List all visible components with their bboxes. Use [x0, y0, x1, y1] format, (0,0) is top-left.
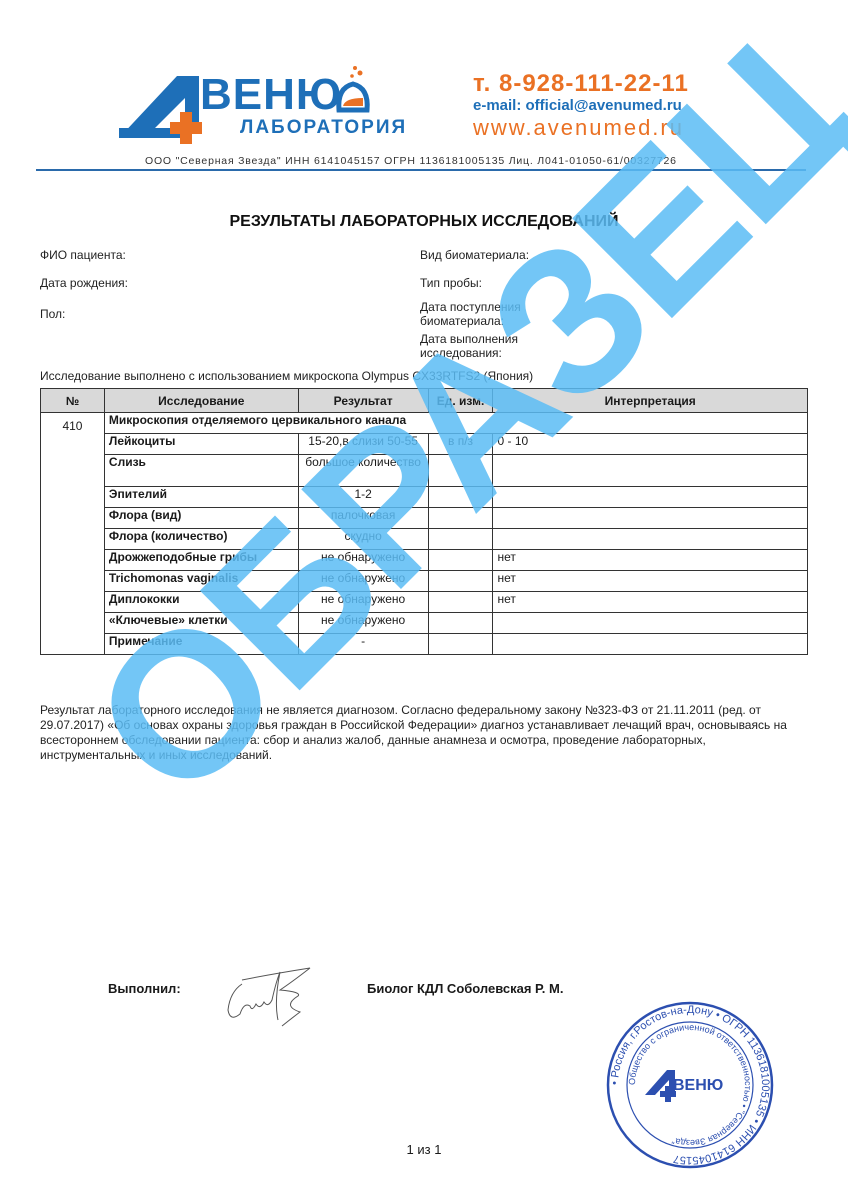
header-divider [36, 169, 806, 171]
test-interpretation [493, 487, 808, 508]
disclaimer: Результат лабораторного исследования не … [40, 703, 810, 763]
flask-icon [327, 64, 377, 114]
table-row: «Ключевые» клеткине обнаружено [41, 613, 808, 634]
col-unit: Ед. изм. [428, 389, 493, 413]
test-name: Диплококки [104, 592, 298, 613]
test-result: не обнаружено [298, 592, 428, 613]
field-received-date: Дата поступления биоматериала: [420, 300, 540, 328]
field-sample-type: Тип пробы: [420, 276, 482, 290]
table-row: Эпителий1-2 [41, 487, 808, 508]
field-biomaterial: Вид биоматериала: [420, 248, 529, 262]
field-patient-name: ФИО пациента: [40, 248, 126, 262]
test-result: не обнаружено [298, 571, 428, 592]
logo-subtitle: ЛАБОРАТОРИЯ [240, 117, 407, 139]
test-result: - [298, 634, 428, 655]
test-unit [428, 592, 493, 613]
table-row: Дрожжеподобные грибыне обнаруженонет [41, 550, 808, 571]
test-result: 1-2 [298, 487, 428, 508]
test-unit [428, 508, 493, 529]
section-title: Микроскопия отделяемого цервикального ка… [104, 413, 807, 434]
test-name: Дрожжеподобные грибы [104, 550, 298, 571]
test-result: палочковая [298, 508, 428, 529]
col-number: № [41, 389, 105, 413]
test-interpretation: 0 - 10 [493, 434, 808, 455]
table-header-row: № Исследование Результат Ед. изм. Интерп… [41, 389, 808, 413]
field-completed-date: Дата выполнения исследования: [420, 332, 540, 360]
test-interpretation: нет [493, 571, 808, 592]
test-name: Флора (вид) [104, 508, 298, 529]
test-interpretation [493, 508, 808, 529]
test-name: Флора (количество) [104, 529, 298, 550]
signer-name: Биолог КДЛ Соболевская Р. М. [367, 981, 563, 996]
test-unit [428, 550, 493, 571]
field-sex: Пол: [40, 307, 65, 321]
contact-phone[interactable]: т. 8-928-111-22-11 [473, 70, 689, 98]
table-row: Примечание- [41, 634, 808, 655]
col-interpretation: Интерпретация [493, 389, 808, 413]
test-unit [428, 529, 493, 550]
test-name: Слизь [104, 455, 298, 487]
field-birth-date: Дата рождения: [40, 276, 128, 290]
test-interpretation: нет [493, 550, 808, 571]
performed-by-label: Выполнил: [108, 981, 181, 996]
test-interpretation: нет [493, 592, 808, 613]
test-interpretation [493, 455, 808, 487]
table-row: Флора (вид)палочковая [41, 508, 808, 529]
test-unit [428, 613, 493, 634]
contact-website[interactable]: www.avenumed.ru [473, 115, 684, 141]
test-result: 15-20,в слизи 50-55 [298, 434, 428, 455]
test-interpretation [493, 613, 808, 634]
table-row: Диплококкине обнаруженонет [41, 592, 808, 613]
test-unit [428, 634, 493, 655]
results-table: № Исследование Результат Ед. изм. Интерп… [40, 388, 808, 655]
document-title: РЕЗУЛЬТАТЫ ЛАБОРАТОРНЫХ ИССЛЕДОВАНИЙ [0, 213, 848, 231]
test-number: 410 [41, 413, 105, 655]
table-row: Trichomonas vaginalisне обнаруженонет [41, 571, 808, 592]
test-result: большое количество [298, 455, 428, 487]
test-name: «Ключевые» клетки [104, 613, 298, 634]
col-test: Исследование [104, 389, 298, 413]
col-result: Результат [298, 389, 428, 413]
test-name: Лейкоциты [104, 434, 298, 455]
test-result: не обнаружено [298, 550, 428, 571]
test-result: не обнаружено [298, 613, 428, 634]
svg-text:ВЕНЮ: ВЕНЮ [673, 1077, 723, 1094]
test-name: Эпителий [104, 487, 298, 508]
signature-icon [222, 962, 322, 1032]
table-row: Флора (количество)скудно [41, 529, 808, 550]
test-name: Trichomonas vaginalis [104, 571, 298, 592]
logo-wordmark: ВЕНЮ [200, 73, 342, 117]
test-unit [428, 487, 493, 508]
page-number: 1 из 1 [0, 1142, 848, 1157]
test-result: скудно [298, 529, 428, 550]
test-name: Примечание [104, 634, 298, 655]
table-row: Слизьбольшое количество [41, 455, 808, 487]
legal-info: ООО "Северная Звезда" ИНН 6141045157 ОГР… [145, 155, 677, 167]
test-interpretation [493, 634, 808, 655]
test-unit [428, 455, 493, 487]
test-unit [428, 571, 493, 592]
table-row: Лейкоциты15-20,в слизи 50-55в п/з0 - 10 [41, 434, 808, 455]
microscope-note: Исследование выполнено с использованием … [40, 369, 533, 383]
section-row: 410 Микроскопия отделяемого цервикальног… [41, 413, 808, 434]
test-unit: в п/з [428, 434, 493, 455]
contact-email[interactable]: e-mail: official@avenumed.ru [473, 97, 682, 114]
test-interpretation [493, 529, 808, 550]
